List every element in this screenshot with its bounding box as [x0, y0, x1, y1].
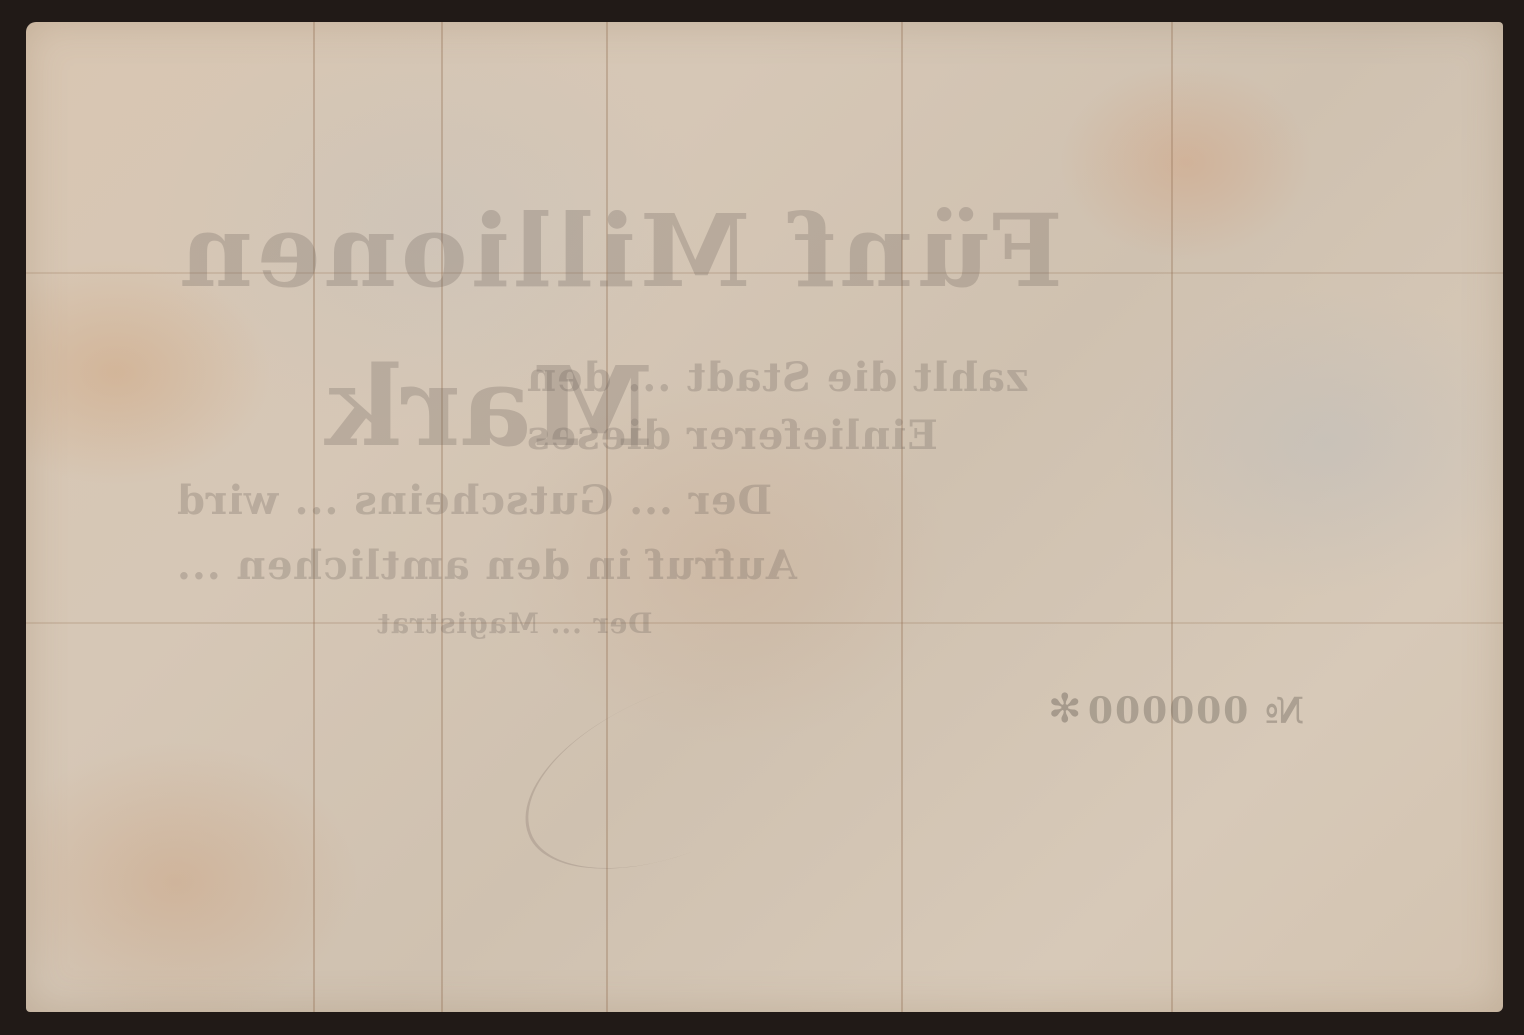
serial-number: № 000000 [1086, 690, 1304, 732]
fold-line [26, 622, 1503, 624]
ornament-icon: ✻ [1048, 686, 1082, 732]
signature-showthrough [498, 642, 856, 903]
fold-line [1171, 22, 1173, 1012]
banknote: Fünf Millionen Mark zahlt die Stadt ... … [26, 22, 1503, 1012]
showthrough-line: Einlieferer dieses [526, 412, 938, 459]
showthrough-line: zahlt die Stadt ... den [526, 354, 1029, 401]
serial-prefix: № [1263, 690, 1304, 732]
showthrough-line: Der ... Gutscheins ... wird [176, 477, 772, 524]
showthrough-line: Aufruf in den amtlichen ... [176, 542, 797, 589]
showthrough-title: Fünf Millionen [176, 192, 1063, 310]
showthrough-line: Der ... Magistrat [376, 607, 652, 640]
serial-digits: 000000 [1086, 690, 1248, 732]
fold-line [901, 22, 903, 1012]
